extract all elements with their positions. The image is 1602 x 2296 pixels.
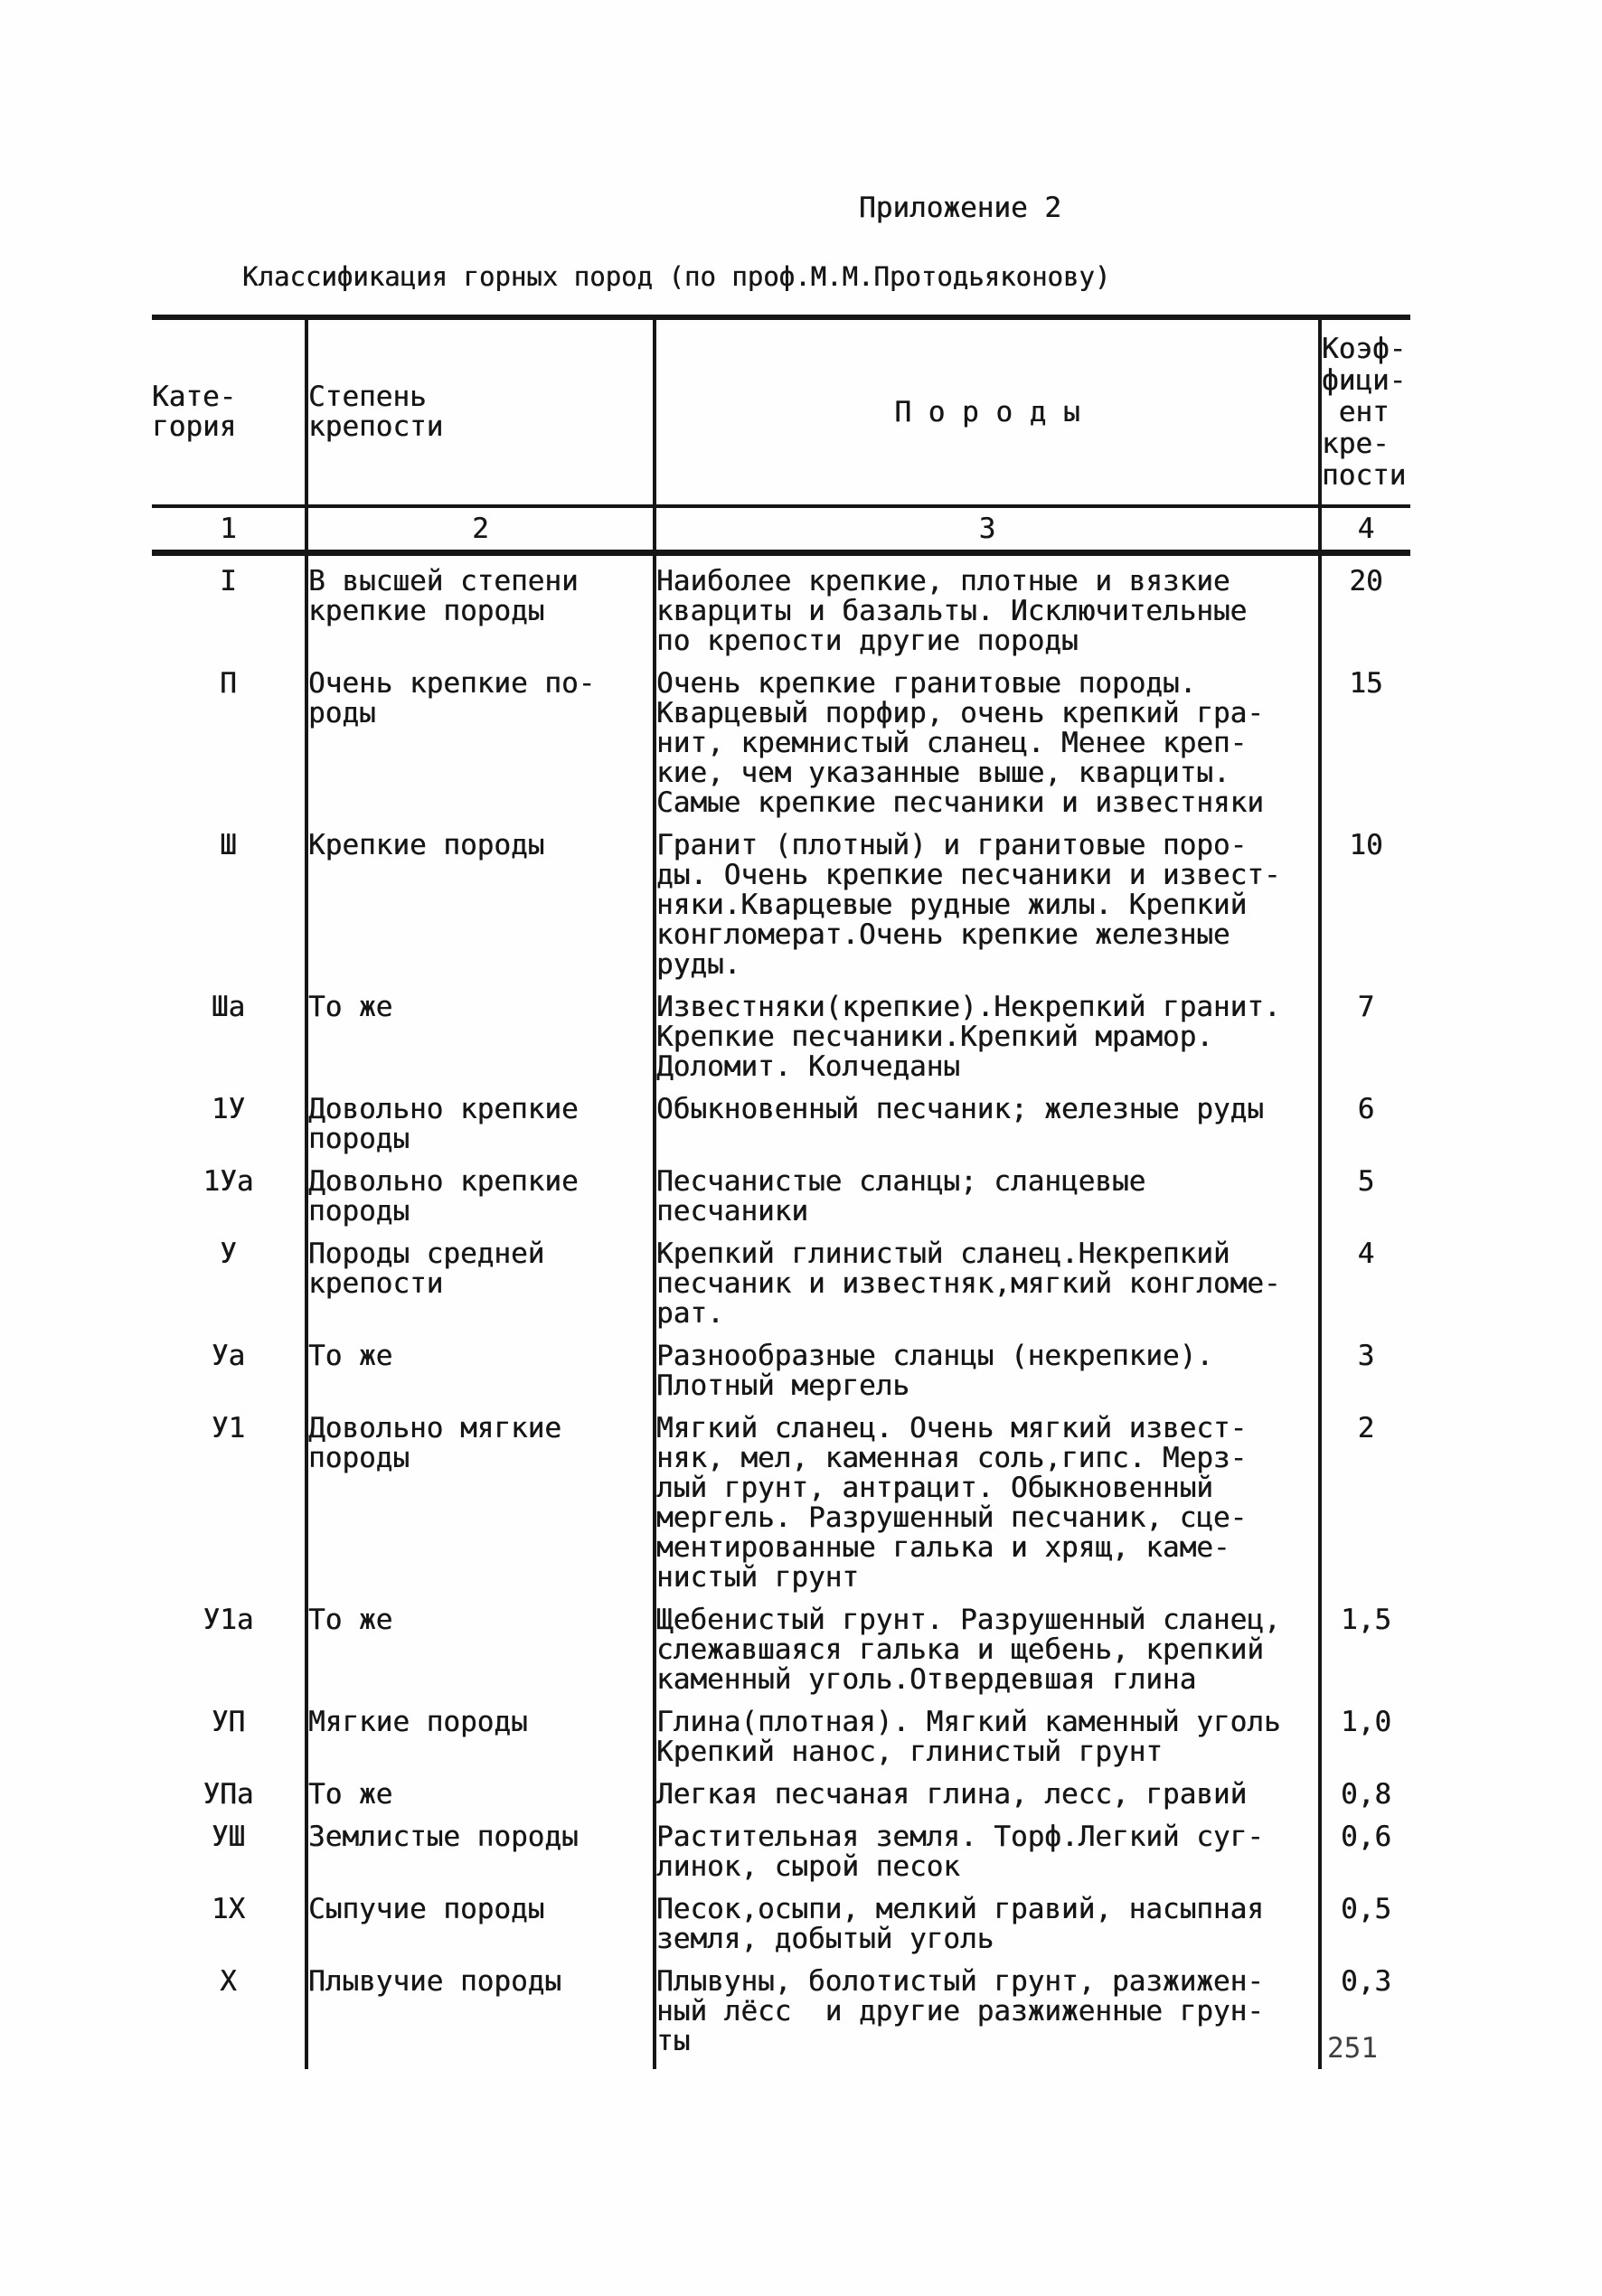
column-numbers-row: 1 2 3 4 [152,506,1410,553]
table-row: УПаТо жеЛегкая песчаная глина, лесс, гра… [152,1780,1410,1822]
classification-table: Кате- гория Степень крепости П о р о д ы… [152,315,1410,2069]
cell-rocks: Крепкий глинистый сланец.Некрепкий песча… [655,1239,1320,1341]
cell-coefficient: 6 [1320,1095,1410,1167]
cell-rocks: Мягкий сланец. Очень мягкий извест- няк,… [655,1414,1320,1605]
cell-category: 1Х [152,1895,306,1967]
cell-coefficient: 1,0 [1320,1708,1410,1780]
table-row: 1УДовольно крепкие породыОбыкновенный пе… [152,1095,1410,1167]
table-row: УПМягкие породыГлина(плотная). Мягкий ка… [152,1708,1410,1780]
cell-coefficient: 5 [1320,1167,1410,1239]
cell-rocks: Растительная земля. Торф.Легкий суг- лин… [655,1822,1320,1895]
cell-rocks: Щебенистый грунт. Разрушенный сланец, сл… [655,1605,1320,1708]
column-number-1: 1 [152,506,306,553]
cell-coefficient: 10 [1320,831,1410,993]
cell-coefficient: 4 [1320,1239,1410,1341]
cell-rocks: Песок,осыпи, мелкий гравий, насыпная зем… [655,1895,1320,1967]
cell-coefficient: 7 [1320,993,1410,1095]
cell-coefficient: 1,5 [1320,1605,1410,1708]
table-row: У1аТо жеЩебенистый грунт. Разрушенный сл… [152,1605,1410,1708]
page-title: Классификация горных пород (по проф.М.М.… [242,262,1110,292]
cell-category: УПа [152,1780,306,1822]
cell-category: У [152,1239,306,1341]
table-row: ШКрепкие породыГранит (плотный) и гранит… [152,831,1410,993]
cell-degree: Породы средней крепости [306,1239,655,1341]
header-cell-degree: Степень крепости [306,317,655,506]
cell-coefficient: 0,8 [1320,1780,1410,1822]
cell-degree: Мягкие породы [306,1708,655,1780]
cell-coefficient: 20 [1320,553,1410,670]
cell-degree: То же [306,1780,655,1822]
cell-rocks: Плывуны, болотистый грунт, разжижен- ный… [655,1967,1320,2069]
cell-category: УШ [152,1822,306,1895]
cell-degree: Землистые породы [306,1822,655,1895]
cell-rocks: Наиболее крепкие, плотные и вязкие кварц… [655,553,1320,670]
header-row: Кате- гория Степень крепости П о р о д ы… [152,317,1410,506]
cell-category: У1 [152,1414,306,1605]
table-row: 1УаДовольно крепкие породыПесчанистые сл… [152,1167,1410,1239]
cell-category: У1а [152,1605,306,1708]
cell-rocks: Легкая песчаная глина, лесс, гравий [655,1780,1320,1822]
table-row: 1ХСыпучие породыПесок,осыпи, мелкий грав… [152,1895,1410,1967]
header-cell-rocks: П о р о д ы [655,317,1320,506]
table-row: УПороды средней крепостиКрепкий глинисты… [152,1239,1410,1341]
cell-degree: Довольно мягкие породы [306,1414,655,1605]
table-row: ХПлывучие породыПлывуны, болотистый грун… [152,1967,1410,2069]
cell-degree: Плывучие породы [306,1967,655,2069]
cell-coefficient: 0,6 [1320,1822,1410,1895]
cell-degree: То же [306,1605,655,1708]
column-number-2: 2 [306,506,655,553]
table-row: УаТо жеРазнообразные сланцы (некрепкие).… [152,1341,1410,1414]
cell-category: П [152,669,306,831]
table-row: УШЗемлистые породыРастительная земля. То… [152,1822,1410,1895]
cell-category: Х [152,1967,306,2069]
cell-coefficient: 2 [1320,1414,1410,1605]
cell-degree: Сыпучие породы [306,1895,655,1967]
cell-rocks: Известняки(крепкие).Некрепкий гранит. Кр… [655,993,1320,1095]
page-number: 251 [1327,2034,1378,2064]
cell-degree: Довольно крепкие породы [306,1167,655,1239]
cell-rocks: Глина(плотная). Мягкий каменный уголь Кр… [655,1708,1320,1780]
cell-category: Ша [152,993,306,1095]
cell-coefficient: 3 [1320,1341,1410,1414]
document-page: Приложение 2 Классификация горных пород … [0,0,1602,2296]
cell-rocks: Песчанистые сланцы; сланцевые песчаники [655,1167,1320,1239]
header-cell-category: Кате- гория [152,317,306,506]
column-number-3: 3 [655,506,1320,553]
table-row: У1Довольно мягкие породыМягкий сланец. О… [152,1414,1410,1605]
table-header: Кате- гория Степень крепости П о р о д ы… [152,317,1410,553]
column-number-4: 4 [1320,506,1410,553]
cell-category: Уа [152,1341,306,1414]
table-row: ПОчень крепкие по- родыОчень крепкие гра… [152,669,1410,831]
cell-degree: Довольно крепкие породы [306,1095,655,1167]
cell-degree: В высшей степени крепкие породы [306,553,655,670]
cell-category: 1Уа [152,1167,306,1239]
table-row: ШаТо жеИзвестняки(крепкие).Некрепкий гра… [152,993,1410,1095]
cell-rocks: Гранит (плотный) и гранитовые поро- ды. … [655,831,1320,993]
cell-rocks: Обыкновенный песчаник; железные руды [655,1095,1320,1167]
cell-category: I [152,553,306,670]
cell-coefficient: 15 [1320,669,1410,831]
cell-rocks: Разнообразные сланцы (некрепкие). Плотны… [655,1341,1320,1414]
cell-degree: Крепкие породы [306,831,655,993]
table-body: IВ высшей степени крепкие породыНаиболее… [152,553,1410,2070]
appendix-label: Приложение 2 [859,193,1061,223]
cell-rocks: Очень крепкие гранитовые породы. Кварцев… [655,669,1320,831]
cell-category: УП [152,1708,306,1780]
cell-coefficient: 0,5 [1320,1895,1410,1967]
header-cell-coefficient: Коэф- фици- ент кре- пости [1320,317,1410,506]
cell-degree: То же [306,1341,655,1414]
cell-category: 1У [152,1095,306,1167]
cell-degree: То же [306,993,655,1095]
cell-degree: Очень крепкие по- роды [306,669,655,831]
cell-category: Ш [152,831,306,993]
table-row: IВ высшей степени крепкие породыНаиболее… [152,553,1410,670]
